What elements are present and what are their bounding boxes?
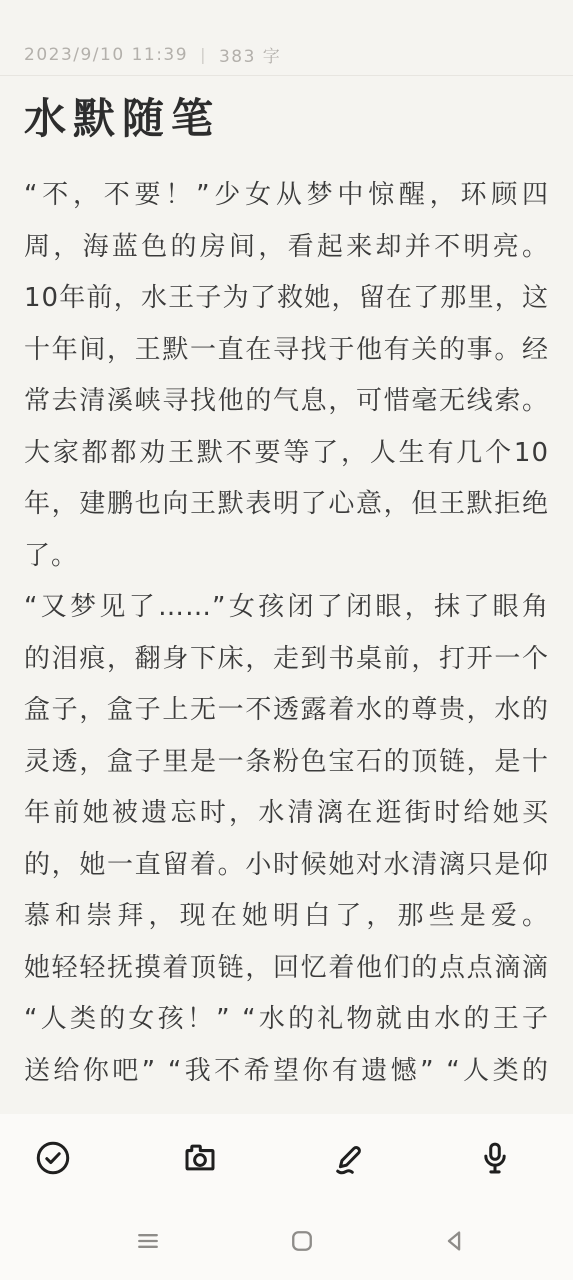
note-line: 送给你吧” “我不希望你有遗憾” “人类的 — [24, 1046, 549, 1098]
note-editor-area[interactable]: 水默随笔 “不，不要！”少女从梦中惊醒，环顾四 周，海蓝色的房间，看起来却并不明… — [0, 76, 573, 1114]
handwriting-button[interactable] — [318, 1129, 378, 1189]
voice-input-button[interactable] — [465, 1129, 525, 1189]
camera-icon — [181, 1139, 219, 1180]
note-line: “不，不要！”少女从梦中惊醒，环顾四 — [24, 170, 549, 222]
home-square-icon — [288, 1227, 316, 1258]
pen-signature-icon — [329, 1139, 367, 1180]
note-line: 的泪痕，翻身下床，走到书桌前，打开一个 — [24, 634, 549, 686]
note-line: 大家都都劝王默不要等了，人生有几个10 — [24, 428, 549, 480]
home-button[interactable] — [282, 1222, 322, 1262]
note-line: 灵透，盒子里是一条粉色宝石的顶链，是十 — [24, 737, 549, 789]
note-word-count: 383 字 — [219, 42, 281, 67]
check-circle-icon — [34, 1139, 72, 1180]
recents-button[interactable] — [128, 1222, 168, 1262]
camera-button[interactable] — [170, 1129, 230, 1189]
note-line: 年前她被遗忘时，水清漓在逛街时给她买 — [24, 788, 549, 840]
note-body[interactable]: “不，不要！”少女从梦中惊醒，环顾四 周，海蓝色的房间，看起来却并不明亮。 10… — [24, 170, 549, 1097]
note-line: “又梦见了……”女孩闭了闭眼，抹了眼角 — [24, 582, 549, 634]
notes-app-screen: 2023/9/10 11:39 | 383 字 水默随笔 “不，不要！”少女从梦… — [0, 0, 573, 1280]
note-toolbar — [0, 1114, 573, 1204]
note-line: 10年前，水王子为了救她，留在了那里，这 — [24, 273, 549, 325]
todo-done-button[interactable] — [23, 1129, 83, 1189]
note-line: 慕和崇拜，现在她明白了，那些是爱。 — [24, 891, 549, 943]
back-button[interactable] — [435, 1222, 475, 1262]
note-meta-header: 2023/9/10 11:39 | 383 字 — [0, 0, 573, 76]
note-line: 常去清溪峡寻找他的气息，可惜毫无线索。 — [24, 376, 549, 428]
note-line: 的，她一直留着。小时候她对水清漓只是仰 — [24, 840, 549, 892]
note-line: “人类的女孩！” “水的礼物就由水的王子 — [24, 994, 549, 1046]
note-title[interactable]: 水默随笔 — [24, 90, 549, 148]
note-line: 周，海蓝色的房间，看起来却并不明亮。 — [24, 222, 549, 274]
microphone-icon — [476, 1139, 514, 1180]
note-line: 了。 — [24, 531, 549, 583]
meta-separator: | — [200, 45, 207, 64]
note-datetime: 2023/9/10 11:39 — [24, 45, 188, 65]
note-line: 十年间，王默一直在寻找于他有关的事。经 — [24, 325, 549, 377]
note-line: 她轻轻抚摸着顶链，回忆着他们的点点滴滴 — [24, 943, 549, 995]
note-line: 盒子，盒子上无一不透露着水的尊贵，水的 — [24, 685, 549, 737]
note-line: 年，建鹏也向王默表明了心意，但王默拒绝 — [24, 479, 549, 531]
android-nav-bar — [0, 1204, 573, 1280]
back-triangle-icon — [441, 1227, 469, 1258]
menu-lines-icon — [134, 1227, 162, 1258]
